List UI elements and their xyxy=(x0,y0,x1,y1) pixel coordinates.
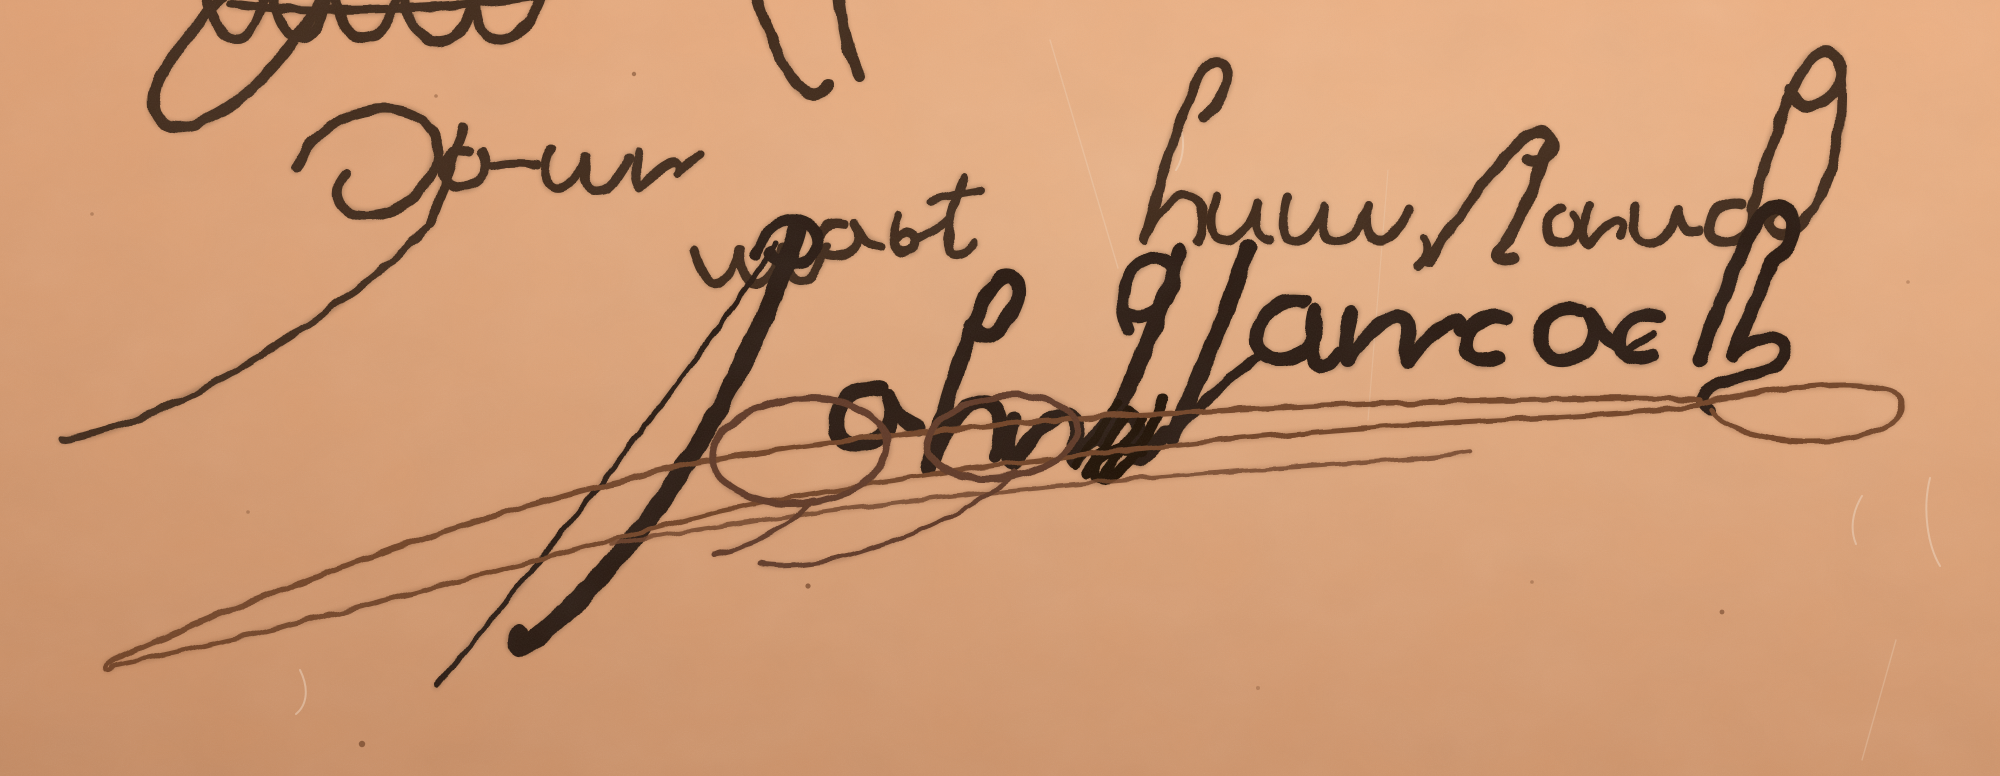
manuscript-photo: Handwritten letter closing with John Han… xyxy=(0,0,2000,776)
paper-grain-mottle xyxy=(0,0,2000,776)
manuscript-photo-stage: Handwritten letter closing with John Han… xyxy=(0,0,2000,776)
